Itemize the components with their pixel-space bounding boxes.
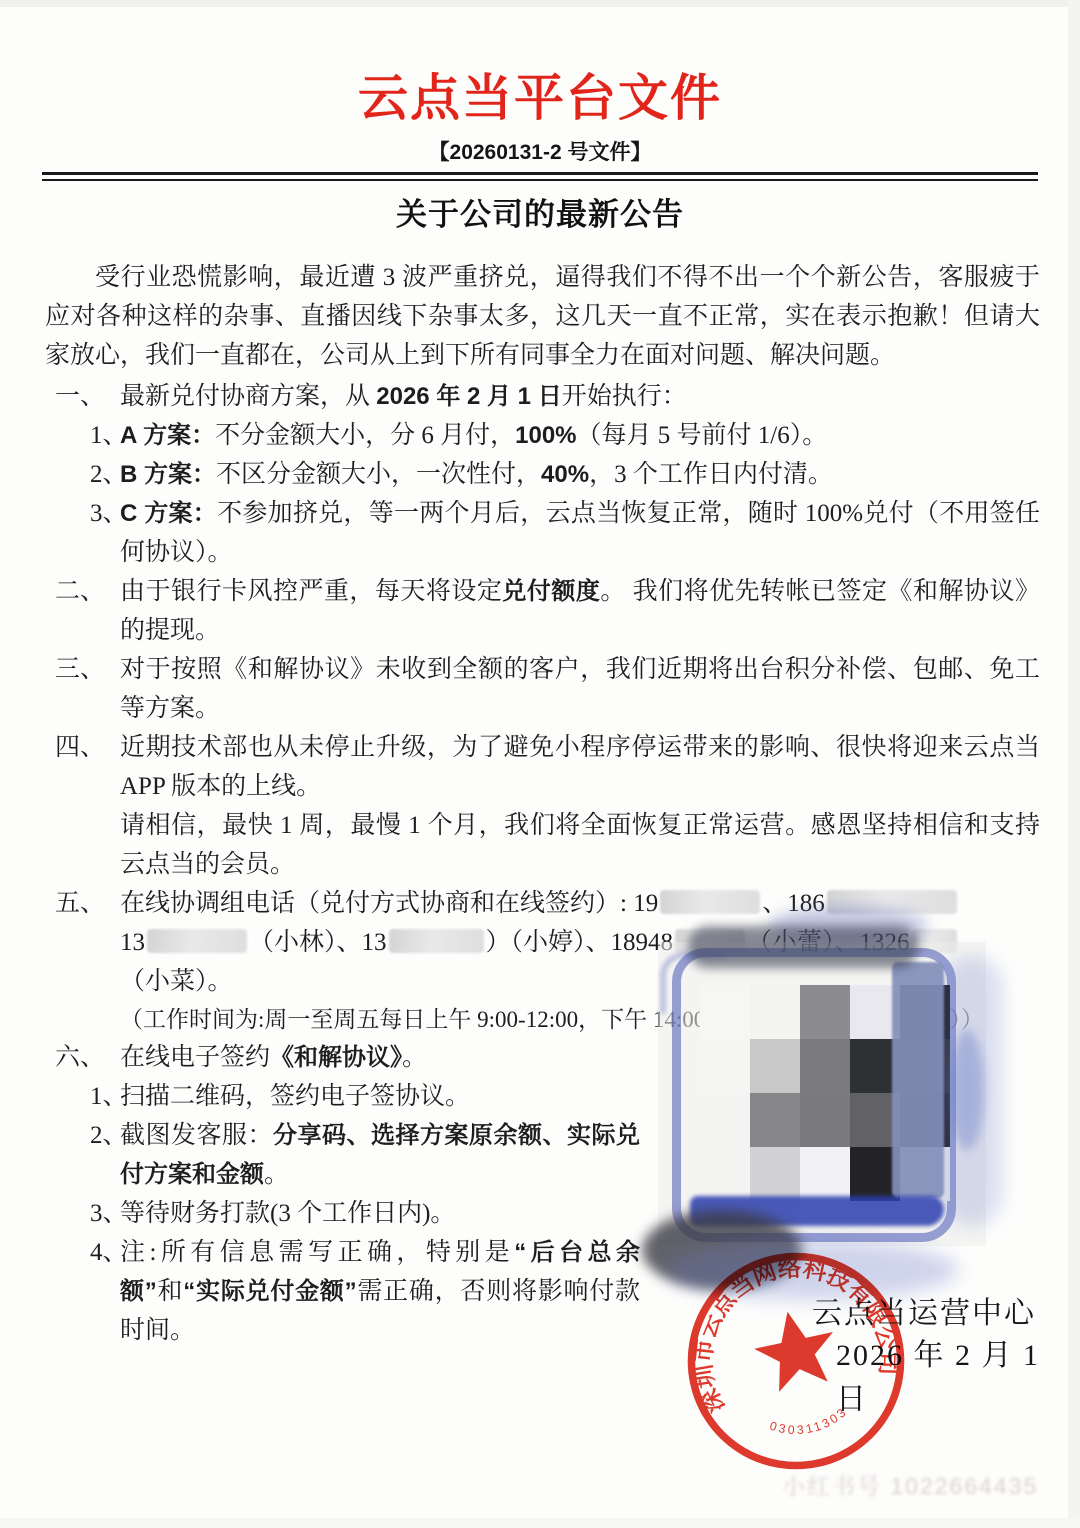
paragraph-text: 由于银行卡风控严重，每天将设定兑付额度。 我们将优先转帐已签定《和解协议》的提现… <box>120 578 1040 644</box>
mosaic-cell <box>750 1093 800 1147</box>
header-divider <box>42 172 1038 181</box>
paragraph-text: C 方案：不参加挤兑，等一两个月后，云点当恢复正常，随时 100%兑付（不用签任… <box>120 500 1040 566</box>
paragraph: 二、 由于银行卡风控严重，每天将设定兑付额度。 我们将优先转帐已签定《和解协议》… <box>45 572 1040 650</box>
paragraph-text: 扫描二维码，签约电子签协议。 <box>120 1083 470 1110</box>
mosaic-cell <box>700 1147 750 1201</box>
paragraph: 1、 扫描二维码，签约电子签协议。 <box>45 1077 640 1116</box>
text-run: 注:所有信息需写正确，特别是 <box>120 1239 514 1266</box>
text-run: 等待财务打款(3 个工作日内)。 <box>120 1200 455 1227</box>
text-run: 40% <box>541 461 589 488</box>
paragraph-text: 注:所有信息需写正确，特别是“后台总余额”和“实际兑付金额”需正确，否则将影响付… <box>120 1239 640 1344</box>
text-run: 和 <box>157 1278 184 1305</box>
text-run: 近期技术部也从未停止升级，为了避免小程序停运带来的影响、很快将迎来云点当 APP… <box>120 734 1040 800</box>
paragraph: 三、 对于按照《和解协议》未收到全额的客户，我们近期将出台积分补偿、包邮、免工等… <box>45 650 1040 728</box>
mosaic-cell <box>700 985 750 1039</box>
redacted-phone <box>660 890 760 914</box>
ink-band <box>892 962 944 1198</box>
paragraph: 受行业恐慌影响，最近遭 3 波严重挤兑，逼得我们不得不出一个个新公告，客服疲于应… <box>45 258 1040 375</box>
text-run: 受行业恐慌影响，最近遭 3 波严重挤兑，逼得我们不得不出一个个新公告，客服疲于应… <box>45 264 1040 369</box>
paragraph: 4、 注:所有信息需写正确，特别是“后台总余额”和“实际兑付金额”需正确，否则将… <box>45 1233 640 1350</box>
list-marker: 六、 <box>55 1038 105 1077</box>
mosaic-cell <box>700 1093 750 1147</box>
list-marker: 一、 <box>55 377 105 416</box>
text-run: A 方案： <box>120 422 215 449</box>
list-marker: 四、 <box>55 728 105 767</box>
paragraph-text: （小菜）。 <box>120 968 233 995</box>
scan-edge-top <box>0 0 1080 7</box>
watermark-text: 小红书号 1022664435 <box>782 1468 1038 1501</box>
mosaic-cell <box>800 1039 850 1093</box>
text-run: 不参加挤兑，等一两个月后，云点当恢复正常，随时 100%兑付（不用签任何协议）。 <box>120 500 1040 566</box>
paragraph-text: 请相信，最快 1 周，最慢 1 个月，我们将全面恢复正常运营。感恩坚持相信和支持… <box>120 812 1040 878</box>
mosaic-cell <box>700 1039 750 1093</box>
text-run: （小林）、13 <box>249 929 387 956</box>
text-run: 开始执行： <box>562 383 687 410</box>
text-run: 。 <box>264 1161 289 1188</box>
redacted-phone <box>389 929 484 953</box>
paragraph-text: 在线电子签约《和解协议》。 <box>120 1044 427 1071</box>
paragraph: 四、 近期技术部也从未停止升级，为了避免小程序停运带来的影响、很快将迎来云点当 … <box>45 728 1040 806</box>
text-run: 在线电子签约 <box>120 1044 270 1071</box>
paragraph: 3、 等待财务打款(3 个工作日内)。 <box>45 1194 640 1233</box>
text-run: 《和解协议》 <box>270 1044 402 1071</box>
text-run: 不区分金额大小，一次性付， <box>216 461 541 488</box>
text-run: 100% <box>515 422 576 449</box>
paragraph: 一、 最新兑付协商方案，从 2026 年 2 月 1 日开始执行： <box>45 377 1040 416</box>
text-run: C 方案： <box>120 500 217 527</box>
paragraph: 1、 A 方案：不分金额大小，分 6 月付，100%（每月 5 号前付 1/6）… <box>45 416 1040 455</box>
list-marker: 3、 <box>90 494 128 533</box>
text-run: 扫描二维码，签约电子签协议。 <box>120 1083 470 1110</box>
paragraph-text: 近期技术部也从未停止升级，为了避免小程序停运带来的影响、很快将迎来云点当 APP… <box>120 734 1040 800</box>
text-run: 兑付额度 <box>502 578 600 605</box>
paragraph: 2、 截图发客服：分享码、选择方案原余额、实际兑付方案和金额。 <box>45 1116 640 1194</box>
text-run: 在线协调组电话（兑付方式协商和在线签约）: 19 <box>120 890 658 917</box>
text-run: 13 <box>120 929 145 956</box>
seal-graphic: 深圳市云点当网络科技有限公司 4403031130312 <box>662 1227 930 1495</box>
list-marker: 1、 <box>90 416 128 455</box>
company-seal: 深圳市云点当网络科技有限公司 4403031130312 <box>662 1227 930 1495</box>
ink-smudge <box>950 1030 984 1150</box>
text-run: 最新兑付协商方案，从 <box>120 383 376 410</box>
doc-subtitle: 关于公司的最新公告 <box>0 189 1080 234</box>
list-marker: 2、 <box>90 1116 128 1155</box>
paragraph-text: 对于按照《和解协议》未收到全额的客户，我们近期将出台积分补偿、包邮、免工等方案。 <box>120 656 1040 722</box>
text-run: 截图发客服： <box>120 1122 273 1149</box>
text-run: （每月 5 号前付 1/6）。 <box>577 422 828 449</box>
list-marker: 二、 <box>55 572 105 611</box>
mosaic-cell <box>800 985 850 1039</box>
paragraph-text: 截图发客服：分享码、选择方案原余额、实际兑付方案和金额。 <box>120 1122 640 1188</box>
document-page: 云点当平台文件 【20260131-2 号文件】 关于公司的最新公告 受行业恐慌… <box>0 0 1080 1528</box>
paragraph-text: 受行业恐慌影响，最近遭 3 波严重挤兑，逼得我们不得不出一个个新公告，客服疲于应… <box>45 264 1040 369</box>
text-run: 2026 年 2 月 1 日 <box>376 383 561 410</box>
list-marker: 三、 <box>55 650 105 689</box>
paragraph: 2、 B 方案：不区分金额大小，一次性付，40%，3 个工作日内付清。 <box>45 455 1040 494</box>
list-marker: 1、 <box>90 1077 128 1116</box>
mosaic-cell <box>750 985 800 1039</box>
list-marker: 五、 <box>55 884 105 923</box>
ink-smudge <box>688 926 918 968</box>
text-run: ，3 个工作日内付清。 <box>589 461 833 488</box>
scan-edge-bottom <box>0 1518 1080 1528</box>
paragraph-text: 等待财务打款(3 个工作日内)。 <box>120 1200 455 1227</box>
text-run: B 方案： <box>120 461 216 488</box>
doc-number: 【20260131-2 号文件】 <box>0 136 1080 166</box>
paragraph: 六、 在线电子签约《和解协议》。 <box>45 1038 640 1077</box>
paragraph: 3、 C 方案：不参加挤兑，等一两个月后，云点当恢复正常，随时 100%兑付（不… <box>45 494 1040 572</box>
mosaic-cell <box>750 1039 800 1093</box>
star-icon <box>748 1303 843 1395</box>
text-run: 对于按照《和解协议》未收到全额的客户，我们近期将出台积分补偿、包邮、免工等方案。 <box>120 656 1040 722</box>
qr-code-censored <box>658 940 988 1248</box>
text-run: 由于银行卡风控严重，每天将设定 <box>120 578 502 605</box>
mosaic-cell <box>800 1147 850 1201</box>
text-run: （小菜）。 <box>120 968 233 995</box>
text-run: ）（小婷）、18948 <box>486 929 674 956</box>
text-run: “实际兑付金额” <box>183 1278 356 1305</box>
mosaic-cell <box>750 1147 800 1201</box>
paragraph-text: 最新兑付协商方案，从 2026 年 2 月 1 日开始执行： <box>120 383 687 410</box>
text-run: 。 <box>402 1044 427 1071</box>
text-run: 请相信，最快 1 周，最慢 1 个月，我们将全面恢复正常运营。感恩坚持相信和支持… <box>120 812 1040 878</box>
paragraph-text: B 方案：不区分金额大小，一次性付，40%，3 个工作日内付清。 <box>120 461 833 488</box>
paragraph-text: A 方案：不分金额大小，分 6 月付，100%（每月 5 号前付 1/6）。 <box>120 422 827 449</box>
mosaic-cell <box>800 1093 850 1147</box>
text-run: 不分金额大小，分 6 月付， <box>215 422 515 449</box>
redacted-phone <box>147 929 247 953</box>
page-title: 云点当平台文件 <box>0 58 1080 130</box>
list-marker: 2、 <box>90 455 128 494</box>
paragraph: 请相信，最快 1 周，最慢 1 个月，我们将全面恢复正常运营。感恩坚持相信和支持… <box>45 806 1040 884</box>
list-marker: 3、 <box>90 1194 128 1233</box>
list-marker: 4、 <box>90 1233 128 1272</box>
